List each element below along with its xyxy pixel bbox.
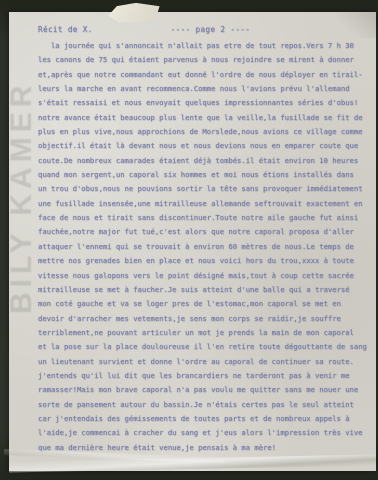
document-title: Récit de X. xyxy=(38,23,93,37)
text-line: une fusillade insensée,une mitrailleuse … xyxy=(38,197,373,211)
text-line: quand mon sergent,un caporal six hommes … xyxy=(38,168,373,182)
text-line: un lieutenant survient et donne l'ordre … xyxy=(38,355,373,369)
text-line: et la pose sur la place douloureuse il l… xyxy=(38,340,373,354)
document-page: BILY KAMER Récit de X. ---- page 2 ---- … xyxy=(9,12,376,471)
text-line: fauchée,notre major fut tué,c'est alors … xyxy=(38,225,373,239)
text-line: mitrailleuse se met à faucher.Je suis at… xyxy=(38,283,373,297)
text-line: vitesse nous galopons vers le point dési… xyxy=(38,269,373,283)
text-line: mon coté gauche et va se loger pres de l… xyxy=(38,297,373,311)
paper-crease xyxy=(9,454,376,472)
text-line: coute.De nombreux camarades étaient déjà… xyxy=(38,154,373,168)
text-line: j'entends qu'il lui dit que les brancard… xyxy=(38,369,373,383)
text-line: l'aide,je commencai à cracher du sang et… xyxy=(38,426,373,440)
text-line: terriblement,ne pouvant articuler un mot… xyxy=(38,326,373,340)
text-line: attaquer l'ennemi qui se trouvait à envi… xyxy=(38,240,373,254)
text-line: mettre nos grenades bien en place et nou… xyxy=(38,254,373,268)
text-line: sorte de pansement autour du bassin.Je n… xyxy=(38,398,373,412)
text-line: car j'entendais des gémissements de tout… xyxy=(38,412,373,426)
text-line: objectif.il était là devant nous et nous… xyxy=(38,139,373,153)
text-line: que ma dernière heure était venue,je pen… xyxy=(38,441,373,455)
text-line: notre avance était beaucoup plus lente q… xyxy=(38,111,373,125)
text-line: les canons de 75 qui étaient parvenus à … xyxy=(38,53,373,67)
page-header: Récit de X. ---- page 2 ---- xyxy=(9,12,376,37)
text-line: face de nous et tirait sans discontinuer… xyxy=(38,211,373,225)
text-line: un trou d'obus,nous ne pouvions sortir l… xyxy=(38,182,373,196)
text-line: plus en plus vive,nous approchions de Mo… xyxy=(38,125,373,139)
text-line: et,après que notre commandant eut donné … xyxy=(38,68,373,82)
typed-text: la journée qui s'annoncait n'allait pas … xyxy=(9,37,376,455)
text-line: s'était ressaisi et nous envoyait quelqu… xyxy=(38,96,373,110)
page-number: ---- page 2 ---- xyxy=(171,23,251,37)
text-line: ramasser!Mais mon brave caporal n'a pas … xyxy=(38,383,373,397)
text-line: leurs la marche en avant recommenca.Comm… xyxy=(38,82,373,96)
text-line: la journée qui s'annoncait n'allait pas … xyxy=(38,39,373,53)
text-line: devoir d'arracher mes vetements,je sens … xyxy=(38,312,373,326)
